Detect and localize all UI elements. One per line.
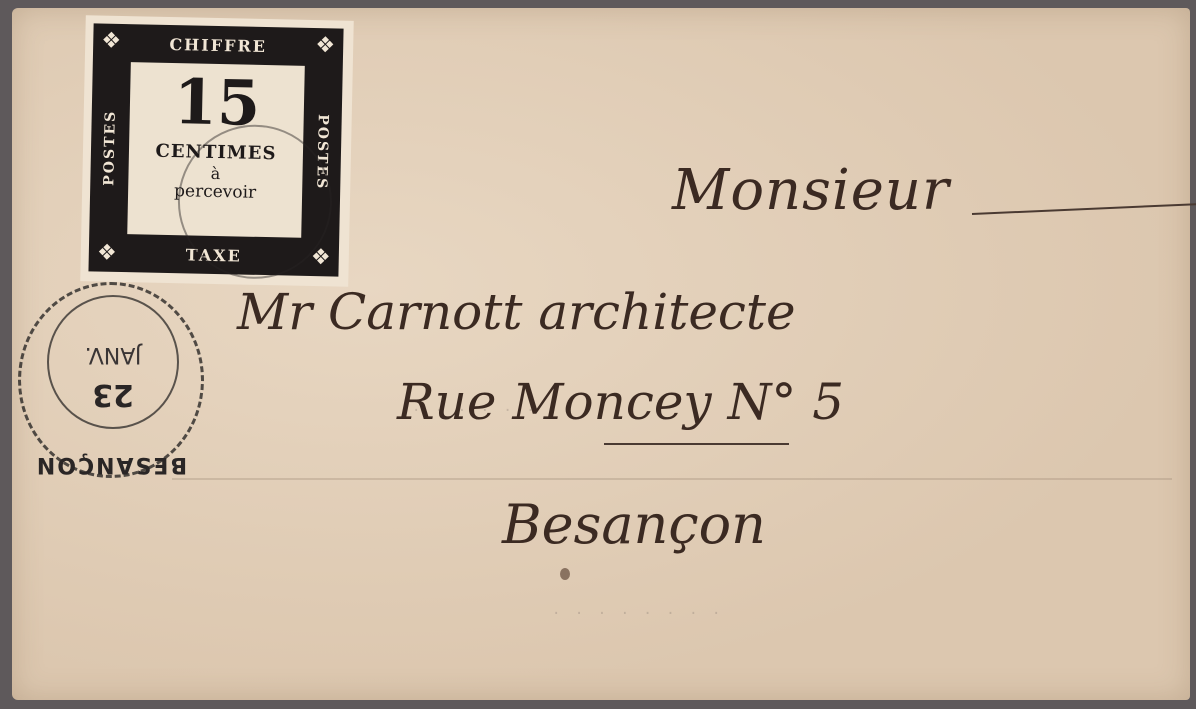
postmark-day: 23	[49, 377, 177, 412]
postmark-month: JANV.	[49, 342, 177, 367]
ink-stain	[560, 568, 570, 580]
street-underline	[604, 443, 789, 445]
postmark-town: BESANÇON	[21, 452, 201, 477]
address-street: Rue Moncey N° 5	[397, 373, 844, 431]
flourish-line	[972, 203, 1196, 215]
stamp-left-label: POSTES	[101, 110, 119, 186]
address-recipient: Mr Carnott architecte	[237, 283, 796, 341]
faint-printed-text: · · · · · · · ·	[552, 606, 723, 622]
postmark-inner-ring: JANV. 23	[47, 295, 179, 429]
stamp-top-label: CHIFFRE	[93, 33, 343, 57]
stamp-center: 15 CENTIMES à percevoir	[127, 62, 305, 238]
stamp-unit: CENTIMES	[129, 140, 303, 165]
stamp-value: 15	[129, 70, 304, 136]
address-salutation: Monsieur	[672, 158, 950, 223]
postmark: JANV. 23 BESANÇON	[18, 282, 204, 478]
stamp-percevoir: percevoir	[128, 180, 302, 204]
stamp-frame: ❖ ❖ ❖ ❖ CHIFFRE TAXE POSTES POSTES 15 CE…	[88, 23, 343, 276]
postage-due-stamp: ❖ ❖ ❖ ❖ CHIFFRE TAXE POSTES POSTES 15 CE…	[80, 15, 354, 287]
fold-line	[172, 478, 1172, 480]
address-city: Besançon	[502, 493, 766, 556]
